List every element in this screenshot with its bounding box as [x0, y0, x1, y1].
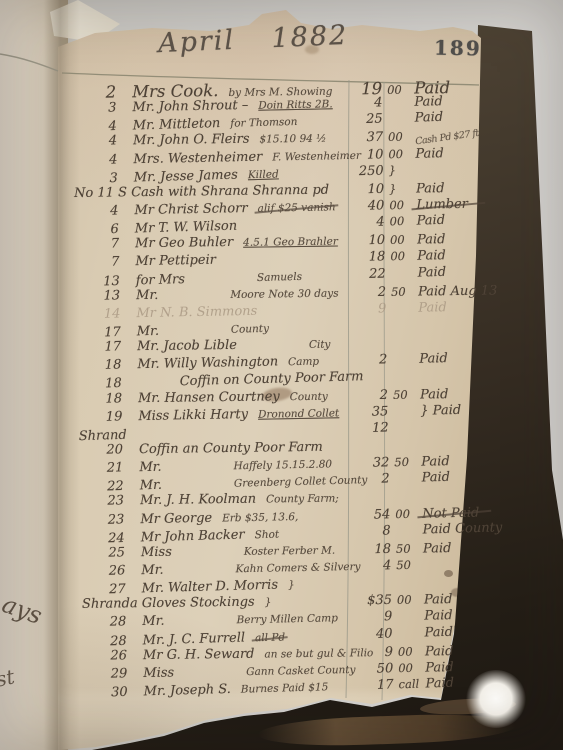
entry-description: Mr. Hansen CourtneyCounty [130, 388, 354, 406]
entry-date: 28 [98, 615, 134, 631]
entry-note: Camp [288, 356, 319, 369]
entry-dollars: 54 [356, 507, 390, 523]
entry-date: 4 [90, 203, 126, 219]
entry-date: 29 [99, 666, 135, 682]
entry-dollars: 4 [350, 215, 384, 231]
page-number: 189 [434, 36, 482, 61]
entry-name: Mr T. W. Wilson [135, 219, 238, 237]
entry-note: Doin Ritts 2B. [258, 98, 333, 111]
entry-name: Mr. Jacob Lible [137, 338, 237, 354]
entry-dollars: 4 [357, 558, 391, 574]
entry-name: No 11 S Cash with Shrana Shranna pd [74, 182, 329, 200]
entry-note: all Pd [255, 631, 285, 644]
entry-name: Coffin on County Poor Farm [180, 370, 364, 390]
entry-name: Coffin an County Poor Farm [139, 440, 323, 457]
entry-name: Mr George [140, 510, 212, 526]
entry-dollars: 12 [354, 420, 388, 436]
entry-status: Paid [415, 263, 483, 280]
entry-cents: call [393, 676, 423, 691]
entry-cents: 00 [385, 233, 415, 247]
entry-status: Paid [421, 540, 489, 556]
entry-note: 4.5.1 Geo Brahler [243, 236, 338, 249]
entry-description: Mr. J. H. KoolmanCounty Farm; [132, 491, 356, 509]
entry-status: Paid [418, 386, 486, 402]
entry-dollars: $35 [358, 593, 392, 608]
entry-date: 20 [95, 442, 131, 457]
entry-status: Paid [417, 351, 485, 367]
entry-cents: 00 [393, 660, 423, 675]
entry-status [414, 171, 482, 173]
entry-status [418, 377, 486, 379]
entry-note: Burnes Paid $15 [241, 681, 329, 695]
entry-name: Mr Pettipeir [135, 253, 216, 270]
entry-status: Paid [416, 299, 484, 315]
entry-dollars [353, 328, 387, 329]
entry-note: City [309, 339, 331, 351]
entry-name: Mr Christ Schorr [134, 201, 247, 218]
entry-cents [393, 636, 423, 637]
entry-cents: 00 [390, 506, 420, 521]
entry-note: Gann Casket County [246, 664, 356, 678]
entry-description: Mr GeorgeErb $35, 13.6, [132, 507, 356, 526]
entry-description: Mr.Moore Note 30 days [128, 285, 352, 303]
entry-cents: } [384, 181, 414, 195]
entry-name: Mr. [136, 288, 158, 303]
entry-description: Mr.Berry Millen Camp [134, 610, 358, 629]
entry-description: No 11 S Cash with Shrana Shranna pd [74, 182, 350, 201]
entry-date: 23 [96, 494, 132, 509]
entry-cents [383, 122, 413, 123]
entry-dollars: 10 [351, 233, 385, 248]
entry-cents: 00 [383, 146, 413, 161]
entry-note: County Farm; [266, 493, 339, 506]
entry-cents: 50 [389, 455, 419, 470]
entry-status: Paid [413, 145, 481, 161]
entry-name: Miss Likki Harty [138, 407, 248, 424]
entry-date: 13 [92, 273, 128, 289]
entry-note: Erb $35, 13.6, [222, 511, 298, 524]
entry-note: County [231, 323, 269, 336]
entry-name: Mr. [139, 460, 162, 475]
entry-cents: 00 [385, 249, 415, 264]
entry-date: 7 [91, 255, 127, 271]
entry-cents: 50 [391, 558, 421, 573]
entry-status: Paid [423, 643, 491, 659]
entry-dollars: 18 [351, 250, 385, 266]
entry-cents [388, 379, 418, 380]
entry-dollars: 2 [354, 387, 388, 402]
camera-glare [466, 670, 526, 728]
entry-name: Mr. J. H. Koolman [140, 492, 256, 509]
entry-note: Moore Note 30 days [230, 287, 338, 300]
entry-cents [387, 328, 417, 329]
entry-status [419, 429, 487, 431]
ledger-photo: April 1882 189 2Mrs Cook.by Mrs M. Showi… [0, 0, 563, 750]
entry-status [421, 567, 489, 568]
entry-note: Dronond Collet [258, 407, 339, 421]
entry-name: Mr. J. C. Furrell [142, 630, 245, 648]
entry-dollars: 22 [351, 266, 385, 282]
entry-date: 26 [99, 648, 135, 663]
entry-date: 2 [88, 82, 124, 101]
entry-date: 21 [95, 460, 131, 476]
entry-date: 23 [96, 512, 132, 528]
book-gutter-shadow [44, 0, 80, 750]
entry-status: Not Paid [420, 505, 488, 521]
entry-cents: 00 [384, 214, 414, 229]
entry-date: 18 [94, 376, 130, 392]
entry-cents [392, 585, 422, 586]
entry-date: 13 [92, 288, 128, 303]
entry-description: Mr. John O. Fleirs$15.10 94 ½ [125, 131, 349, 149]
entry-status: Paid Aug 13 [416, 283, 484, 299]
entry-status: Cash Pd $27 ft [413, 128, 482, 148]
entry-status: Paid [419, 453, 487, 469]
entry-cents [391, 533, 421, 534]
entry-name: Mr Geo Buhler [135, 235, 233, 251]
entry-cents [382, 106, 412, 107]
entry-cents [390, 482, 420, 483]
entry-note: County [290, 390, 328, 402]
entry-cents: 50 [391, 541, 421, 555]
entry-status: Paid [422, 592, 490, 608]
entry-description: Mr N. B. Simmons [128, 302, 352, 321]
entry-dollars: 37 [349, 130, 383, 145]
entry-status [419, 449, 487, 450]
entry-cents: 00 [392, 593, 422, 607]
entry-name: Mr. John O. Fleirs [133, 132, 250, 149]
entry-name: Mrs Cook. [132, 81, 218, 101]
entry-description: Coffin an County Poor Farm [131, 439, 355, 457]
entry-note: Greenberg Collet County [234, 474, 368, 490]
entry-date: 18 [94, 391, 130, 406]
entry-note: } [288, 579, 295, 591]
entry-name: Mrs. Westenheimer [133, 149, 262, 166]
entry-name: Mr. Willy Washington [137, 355, 278, 373]
entry-note: for Thomson [230, 116, 297, 130]
entry-date: 14 [92, 306, 128, 322]
entry-dollars [358, 585, 392, 586]
entry-status [422, 583, 490, 585]
entry-status: Paid County [420, 520, 488, 537]
entry-cents: 00 [384, 198, 414, 213]
entry-cents: 50 [388, 387, 418, 401]
entry-description: Mr G. H. Sewardan se but gul & Filio [135, 645, 359, 663]
entry-description: Mrs. WestenheimerF. Westenheimer [125, 148, 349, 167]
entry-note: by Mrs M. Showing [228, 86, 332, 99]
entry-note: alif $25 vanish [258, 201, 336, 214]
entry-date: 28 [98, 633, 134, 649]
entry-cents: 00 [393, 644, 423, 658]
entry-dollars: 2 [353, 353, 387, 369]
entry-dollars: 8 [356, 523, 390, 539]
entry-note: Shot [254, 528, 279, 541]
entry-status: Paid [422, 623, 490, 640]
entry-note: Koster Ferber M. [244, 544, 336, 557]
entry-note: $15.10 94 ½ [259, 133, 326, 146]
entry-dollars: 250 [350, 163, 384, 179]
entry-cents [388, 414, 418, 415]
entry-note: Samuels [257, 270, 302, 283]
entry-dollars: 9 [352, 301, 386, 317]
entry-name: Mr G. H. Seward [143, 646, 255, 662]
entry-cents [387, 363, 417, 364]
entry-cents: 50 [386, 284, 416, 298]
entry-status: Paid [422, 608, 490, 624]
entry-name: Mr. [141, 563, 164, 578]
entry-description: Mr Pettipeir [127, 250, 351, 269]
entry-name: Miss [143, 665, 174, 681]
entry-date: 19 [94, 409, 130, 425]
entry-dollars: 17 [359, 677, 393, 693]
entry-description: Shranda Gloves Stockings} [82, 594, 358, 613]
entry-name: Mr. [137, 324, 160, 340]
entry-cents: 00 [382, 83, 412, 97]
entry-cents [386, 276, 416, 277]
entry-status: Paid [415, 248, 483, 264]
entry-status [417, 346, 485, 347]
entry-name: Mr John Backer [141, 527, 245, 545]
entry-status: Paid [412, 78, 480, 98]
entry-name: Mr. [142, 614, 165, 629]
entry-name: Mr. Jesse James [134, 167, 238, 185]
entry-note: Kahn Comers & Silvery [235, 561, 360, 575]
entry-date: 3 [90, 170, 126, 186]
entry-status: Lumber [414, 196, 482, 212]
entry-status [417, 326, 485, 328]
entry-name: Miss [141, 545, 172, 560]
entry-date: 17 [93, 339, 129, 354]
entry-name: Mr. Joseph S. [143, 682, 231, 699]
entry-status: } Paid [418, 402, 486, 418]
entry-name: Mr. Hansen Courtney [138, 389, 280, 406]
entry-cents [386, 312, 416, 313]
entry-dollars: 9 [358, 610, 392, 626]
entry-date: 3 [88, 100, 124, 116]
entry-status: Paid [412, 109, 480, 126]
entry-date: 26 [97, 563, 133, 579]
entry-date: 18 [93, 358, 129, 374]
entry-name: Shranda Gloves Stockings [82, 595, 255, 612]
entry-note: F. Westenheimer [272, 149, 361, 163]
entry-cents: } [383, 162, 413, 177]
entry-status: Paid [414, 212, 482, 229]
entry-dollars: 2 [352, 285, 386, 300]
entry-note: } [265, 597, 272, 609]
entry-dollars: 19 [348, 79, 382, 98]
entry-cents [389, 430, 419, 431]
entry-dollars: 40 [350, 198, 384, 214]
entry-date: 27 [98, 582, 134, 598]
entry-cents: 00 [383, 130, 413, 144]
entry-name: Mr N. B. Simmons [136, 304, 257, 321]
entry-description: Mr Geo Buhler4.5.1 Geo Brahler [127, 234, 351, 252]
entry-date: 4 [89, 134, 125, 149]
entry-dollars: 40 [358, 626, 392, 642]
entry-name: Mr. Mittleton [133, 116, 221, 133]
entry-cents [392, 620, 422, 621]
entry-date: 30 [99, 685, 135, 701]
entry-status: Paid [414, 180, 482, 196]
entry-dollars: 50 [359, 661, 393, 677]
entry-dollars: 35 [354, 404, 388, 420]
entry-note: Berry Millen Camp [236, 613, 338, 627]
entry-dollars: 32 [355, 455, 389, 471]
entry-note: an se but gul & Filio [264, 647, 373, 660]
entry-note: Killed [248, 168, 279, 181]
entry-note: Haffely 15.15.2.80 [233, 458, 332, 472]
entry-date: 24 [97, 530, 133, 546]
entry-date: 17 [93, 325, 129, 341]
entry-name: Mr. [140, 478, 163, 494]
entry-name: for Mrs [136, 272, 186, 288]
entry-description: Mr. Jacob LibleCity [129, 336, 353, 354]
entry-description: MissKoster Ferber M. [133, 542, 357, 560]
entry-date: 4 [89, 152, 125, 168]
entry-status: Paid [415, 232, 483, 248]
entry-date: 7 [91, 237, 127, 252]
entry-dollars: 18 [357, 542, 391, 557]
entry-dollars: 10 [350, 182, 384, 197]
entry-status: Paid [419, 469, 487, 486]
entry-date: 25 [97, 545, 133, 560]
entry-dollars: 25 [349, 112, 383, 128]
entry-status [420, 500, 488, 501]
ledger-rows: 2Mrs Cook.by Mrs M. Showing1900Paid3Mr. … [88, 76, 492, 700]
